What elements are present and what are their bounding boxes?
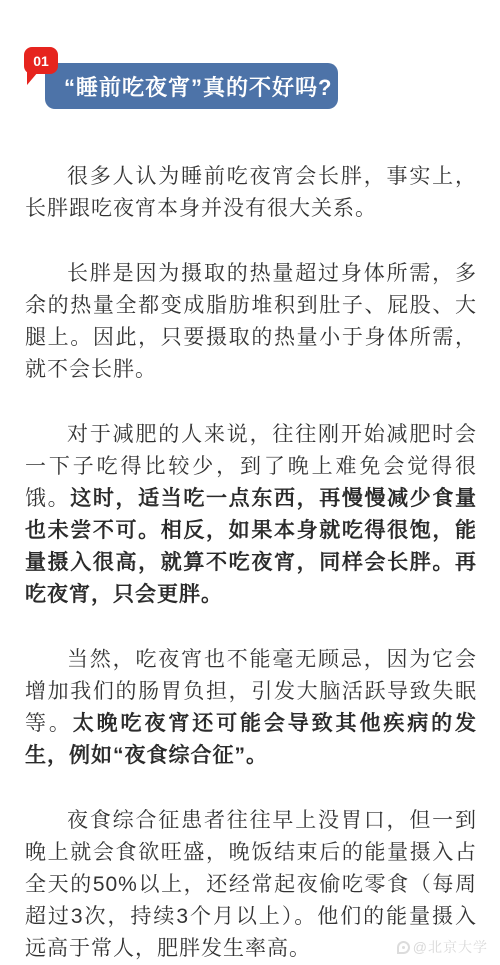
paragraph-2-text: 长胖是因为摄取的热量超过身体所需，多余的热量全都变成脂肪堆积到肚子、屁股、大腿上… (25, 262, 477, 381)
paragraph-4-bold-text: 太晚吃夜宵还可能会导致其他疾病的发生，例如“夜食综合征”。 (25, 712, 477, 767)
paragraph-1: 很多人认为睡前吃夜宵会长胖，事实上，长胖跟吃夜宵本身并没有很大关系。 (25, 161, 477, 225)
paragraph-4: 当然，吃夜宵也不能毫无顾忌，因为它会增加我们的肠胃负担，引发大脑活跃导致失眠等。… (25, 644, 477, 772)
paragraph-2: 长胖是因为摄取的热量超过身体所需，多余的热量全都变成脂肪堆积到肚子、屁股、大腿上… (25, 258, 477, 386)
section-number-badge: 01 (24, 47, 58, 74)
paragraph-3-bold-text: 这时，适当吃一点东西，再慢慢减少食量也未尝不可。相反，如果本身就吃得很饱，能量摄… (25, 487, 477, 606)
badge-tail-shape (27, 72, 38, 85)
weibo-camera-icon (397, 941, 410, 954)
paragraph-3: 对于减肥的人来说，往往刚开始减肥时会一下子吃得比较少，到了晚上难免会觉得很饿。这… (25, 419, 477, 611)
article-body: 很多人认为睡前吃夜宵会长胖，事实上，长胖跟吃夜宵本身并没有很大关系。 长胖是因为… (0, 109, 500, 965)
paragraph-1-text: 很多人认为睡前吃夜宵会长胖，事实上，长胖跟吃夜宵本身并没有很大关系。 (25, 165, 477, 220)
watermark-text: @北京大学 (413, 937, 488, 957)
watermark: @北京大学 (397, 937, 488, 957)
section-number-label: 01 (33, 53, 49, 69)
section-title-bar: “睡前吃夜宵”真的不好吗? (45, 63, 338, 109)
section-header: 01 “睡前吃夜宵”真的不好吗? (0, 0, 500, 109)
section-title: “睡前吃夜宵”真的不好吗? (64, 71, 332, 102)
article-page: 01 “睡前吃夜宵”真的不好吗? 很多人认为睡前吃夜宵会长胖，事实上，长胖跟吃夜… (0, 0, 500, 965)
